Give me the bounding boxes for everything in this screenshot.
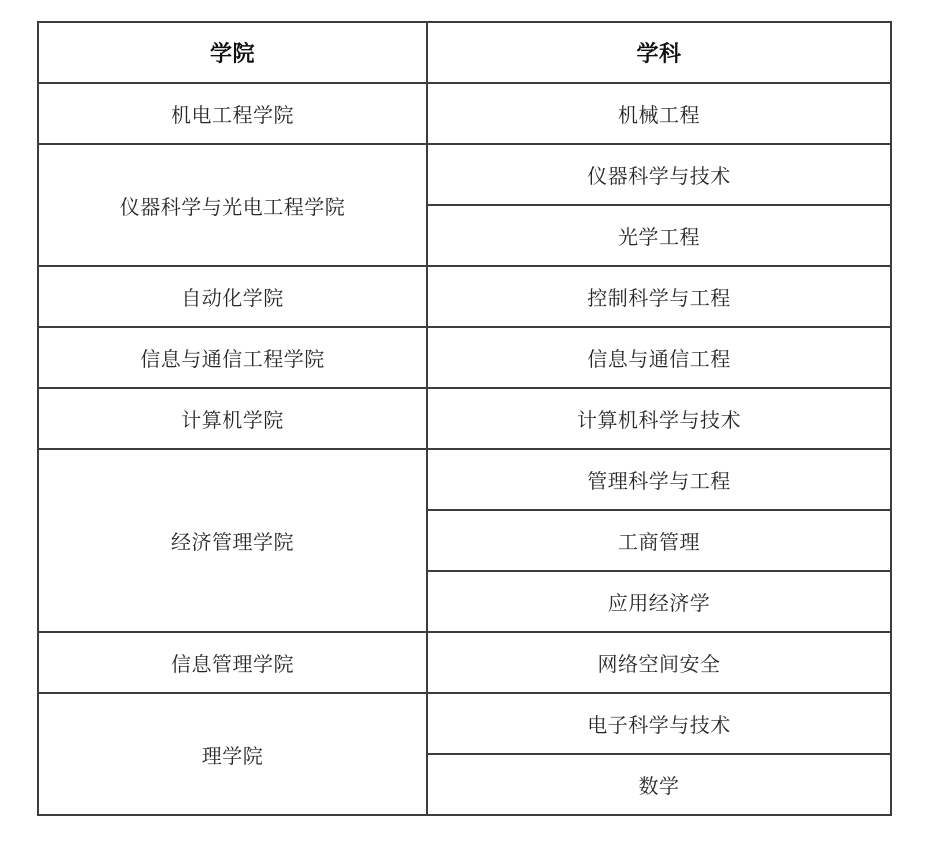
table-row: 计算机学院 计算机科学与技术 (38, 388, 891, 449)
discipline-cell: 应用经济学 (427, 571, 891, 632)
college-cell: 信息与通信工程学院 (38, 327, 427, 388)
discipline-cell: 仪器科学与技术 (427, 144, 891, 205)
college-cell: 机电工程学院 (38, 83, 427, 144)
table-row: 机电工程学院 机械工程 (38, 83, 891, 144)
discipline-cell: 管理科学与工程 (427, 449, 891, 510)
table-row: 信息与通信工程学院 信息与通信工程 (38, 327, 891, 388)
discipline-cell: 信息与通信工程 (427, 327, 891, 388)
discipline-cell: 机械工程 (427, 83, 891, 144)
college-cell: 计算机学院 (38, 388, 427, 449)
table-row: 信息管理学院 网络空间安全 (38, 632, 891, 693)
college-discipline-table: 学院 学科 机电工程学院 机械工程 仪器科学与光电工程学院 仪器科学与技术 光学… (37, 21, 892, 816)
discipline-cell: 电子科学与技术 (427, 693, 891, 754)
college-cell: 信息管理学院 (38, 632, 427, 693)
college-cell: 自动化学院 (38, 266, 427, 327)
discipline-cell: 网络空间安全 (427, 632, 891, 693)
table-row: 理学院 电子科学与技术 (38, 693, 891, 754)
table-row: 仪器科学与光电工程学院 仪器科学与技术 (38, 144, 891, 205)
column-header-discipline: 学科 (427, 22, 891, 83)
column-header-college: 学院 (38, 22, 427, 83)
discipline-cell: 工商管理 (427, 510, 891, 571)
table-row: 经济管理学院 管理科学与工程 (38, 449, 891, 510)
discipline-cell: 计算机科学与技术 (427, 388, 891, 449)
college-cell: 经济管理学院 (38, 449, 427, 632)
table-row: 自动化学院 控制科学与工程 (38, 266, 891, 327)
discipline-cell: 光学工程 (427, 205, 891, 266)
discipline-cell: 控制科学与工程 (427, 266, 891, 327)
header-row: 学院 学科 (38, 22, 891, 83)
discipline-cell: 数学 (427, 754, 891, 815)
college-cell: 理学院 (38, 693, 427, 815)
college-cell: 仪器科学与光电工程学院 (38, 144, 427, 266)
page: 学院 学科 机电工程学院 机械工程 仪器科学与光电工程学院 仪器科学与技术 光学… (0, 0, 925, 859)
